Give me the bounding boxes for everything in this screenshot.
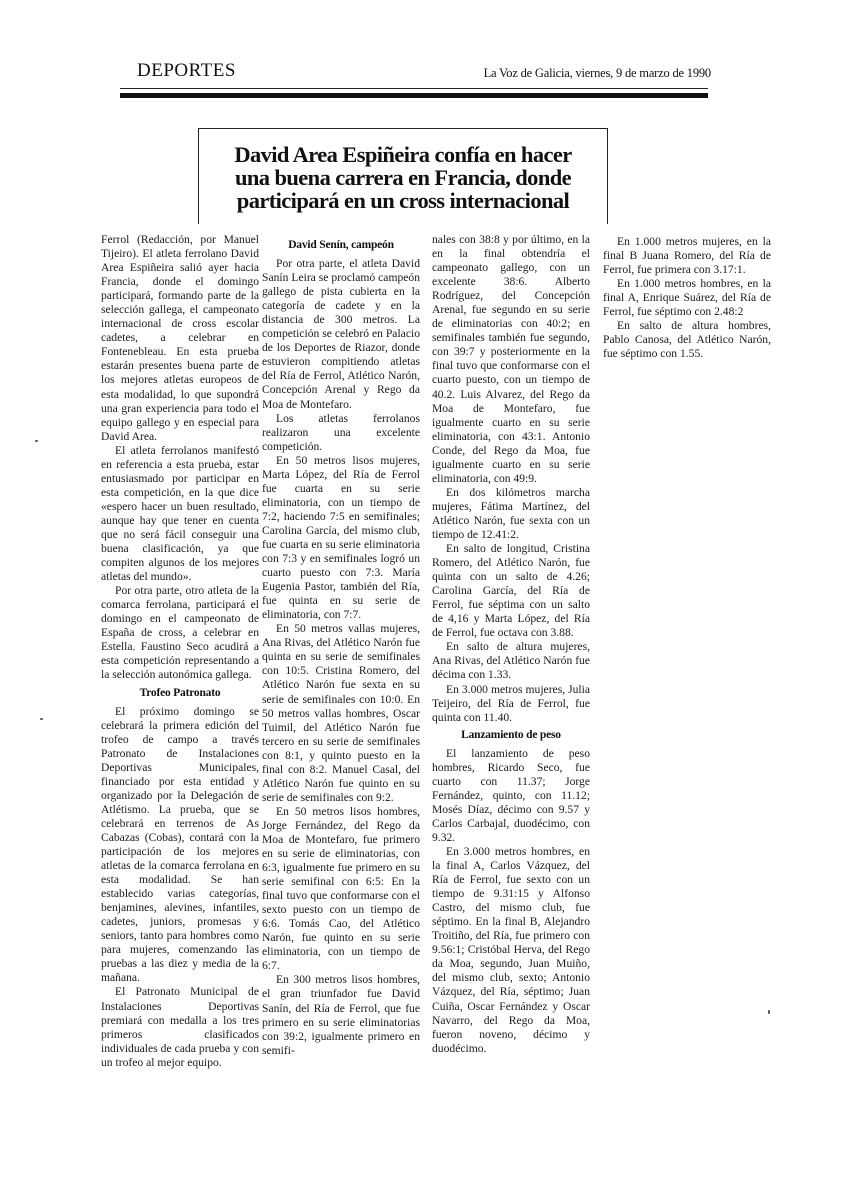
paragraph: nales con 38:8 y por último, en la en la…: [432, 233, 590, 486]
paragraph: En salto de longitud, Cristina Romero, d…: [432, 542, 590, 640]
paragraph: En 300 metros lisos hombres, el gran tri…: [262, 973, 420, 1057]
paragraph: El lanzamiento de peso hombres, Ricardo …: [432, 747, 590, 845]
paragraph: Los atletas ferrolanos realizaron una ex…: [262, 412, 420, 454]
paragraph: Ferrol (Redacción, por Manuel Tijeiro). …: [101, 233, 259, 444]
section-title: DEPORTES: [137, 60, 236, 82]
header-divider-thin: [120, 88, 708, 89]
headline-line: David Area Espiñeira confía en hacer: [199, 143, 607, 166]
subheading: Lanzamiento de peso: [432, 728, 590, 742]
header-divider-thick: [120, 93, 708, 98]
paragraph: En 50 metros lisos mujeres, Marta López,…: [262, 454, 420, 623]
article-column-3: nales con 38:8 y por último, en la en la…: [432, 233, 590, 1056]
publication-date: La Voz de Galicia, viernes, 9 de marzo d…: [484, 66, 711, 81]
paragraph: Por otra parte, el atleta David Sanín Le…: [262, 257, 420, 412]
headline-line: participará en un cross internacional: [199, 189, 607, 212]
paragraph: El próximo domingo se celebrará la prime…: [101, 705, 259, 986]
article-column-1: Ferrol (Redacción, por Manuel Tijeiro). …: [101, 233, 259, 1070]
headline-box: David Area Espiñeira confía en hacer una…: [198, 128, 608, 224]
subheading: Trofeo Patronato: [101, 686, 259, 700]
paragraph: En salto de altura hombres, Pablo Canosa…: [603, 319, 771, 361]
paragraph: En salto de altura mujeres, Ana Rivas, d…: [432, 640, 590, 682]
paragraph: En 1.000 metros mujeres, en la final B J…: [603, 235, 771, 277]
paragraph: El Patronato Municipal de Instalaciones …: [101, 985, 259, 1069]
paragraph: En 3.000 metros mujeres, Julia Teijeiro,…: [432, 683, 590, 725]
paragraph: En dos kilómetros marcha mujeres, Fátima…: [432, 486, 590, 542]
paragraph: En 50 metros lisos hombres, Jorge Fernán…: [262, 805, 420, 974]
scan-speck: [40, 718, 43, 720]
subheading: David Senín, campeón: [262, 238, 420, 252]
article-column-2: David Senín, campeónPor otra parte, el a…: [262, 235, 420, 1058]
paragraph: En 3.000 metros hombres, en la final A, …: [432, 845, 590, 1056]
paragraph: En 1.000 metros hombres, en la final A, …: [603, 277, 771, 319]
scan-speck: [768, 1010, 770, 1014]
article-column-4: En 1.000 metros mujeres, en la final B J…: [603, 235, 771, 361]
paragraph: En 50 metros vallas mujeres, Ana Rivas, …: [262, 622, 420, 805]
headline-line: una buena carrera en Francia, donde: [199, 166, 607, 189]
paragraph: Por otra parte, otro atleta de la comarc…: [101, 584, 259, 682]
scan-speck: [35, 440, 38, 442]
headline: David Area Espiñeira confía en hacer una…: [199, 143, 607, 212]
paragraph: El atleta ferrolanos manifestó en refere…: [101, 444, 259, 584]
